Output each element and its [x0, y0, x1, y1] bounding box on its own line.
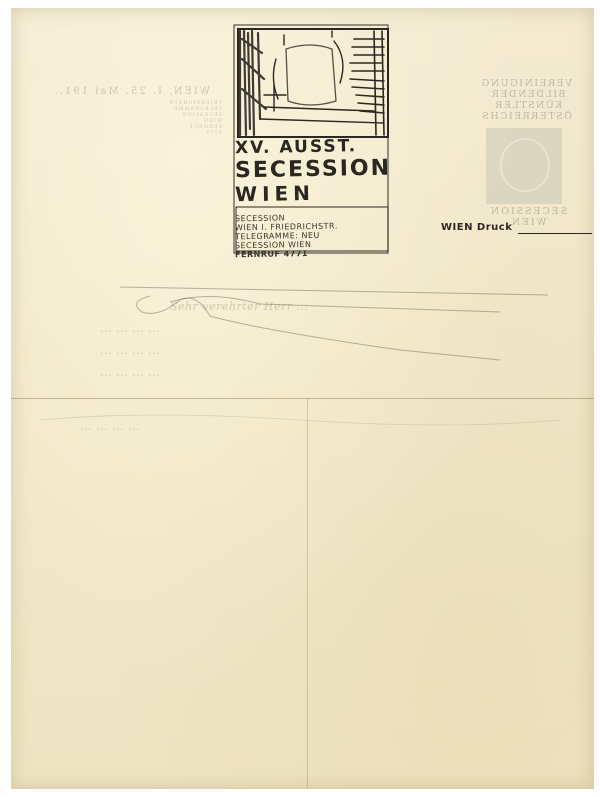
letterhead-line: ÖSTERREICHS [484, 111, 572, 122]
letterhead-line: VEREINIGUNG [484, 78, 572, 89]
letterhead-address-line: SECESSION WIEN [172, 112, 222, 124]
letterhead-address-block: FRIEDRICHSTR. TELEGRAMME SECESSION WIEN … [172, 100, 222, 136]
letterhead-line: SECESSION [484, 206, 572, 217]
letterhead-dateline: WIEN, I. 25. Mai 191.. [30, 86, 210, 97]
pencil-sketch: XV. AUSST. SECESSION WIEN SECESSION WIEN… [224, 19, 394, 259]
sketch-headline-3: WIEN [235, 180, 385, 207]
letterhead-society-name: VEREINIGUNG BILDENDER KÜNSTLER ÖSTERREIC… [484, 78, 572, 122]
secession-emblem-icon [486, 128, 562, 204]
letterhead-line: BILDENDER [484, 89, 572, 100]
vertical-fold-crease [307, 398, 308, 789]
letterhead-line: KÜNSTLER [484, 100, 572, 111]
horizontal-fold-crease [11, 398, 594, 399]
letterhead-address-line: FERNRUF 4771 [172, 124, 222, 136]
sketch-headline-1: XV. AUSST. [235, 136, 385, 159]
handwritten-annotation: WIEN Druck [441, 222, 512, 233]
annotation-underline [518, 233, 592, 234]
